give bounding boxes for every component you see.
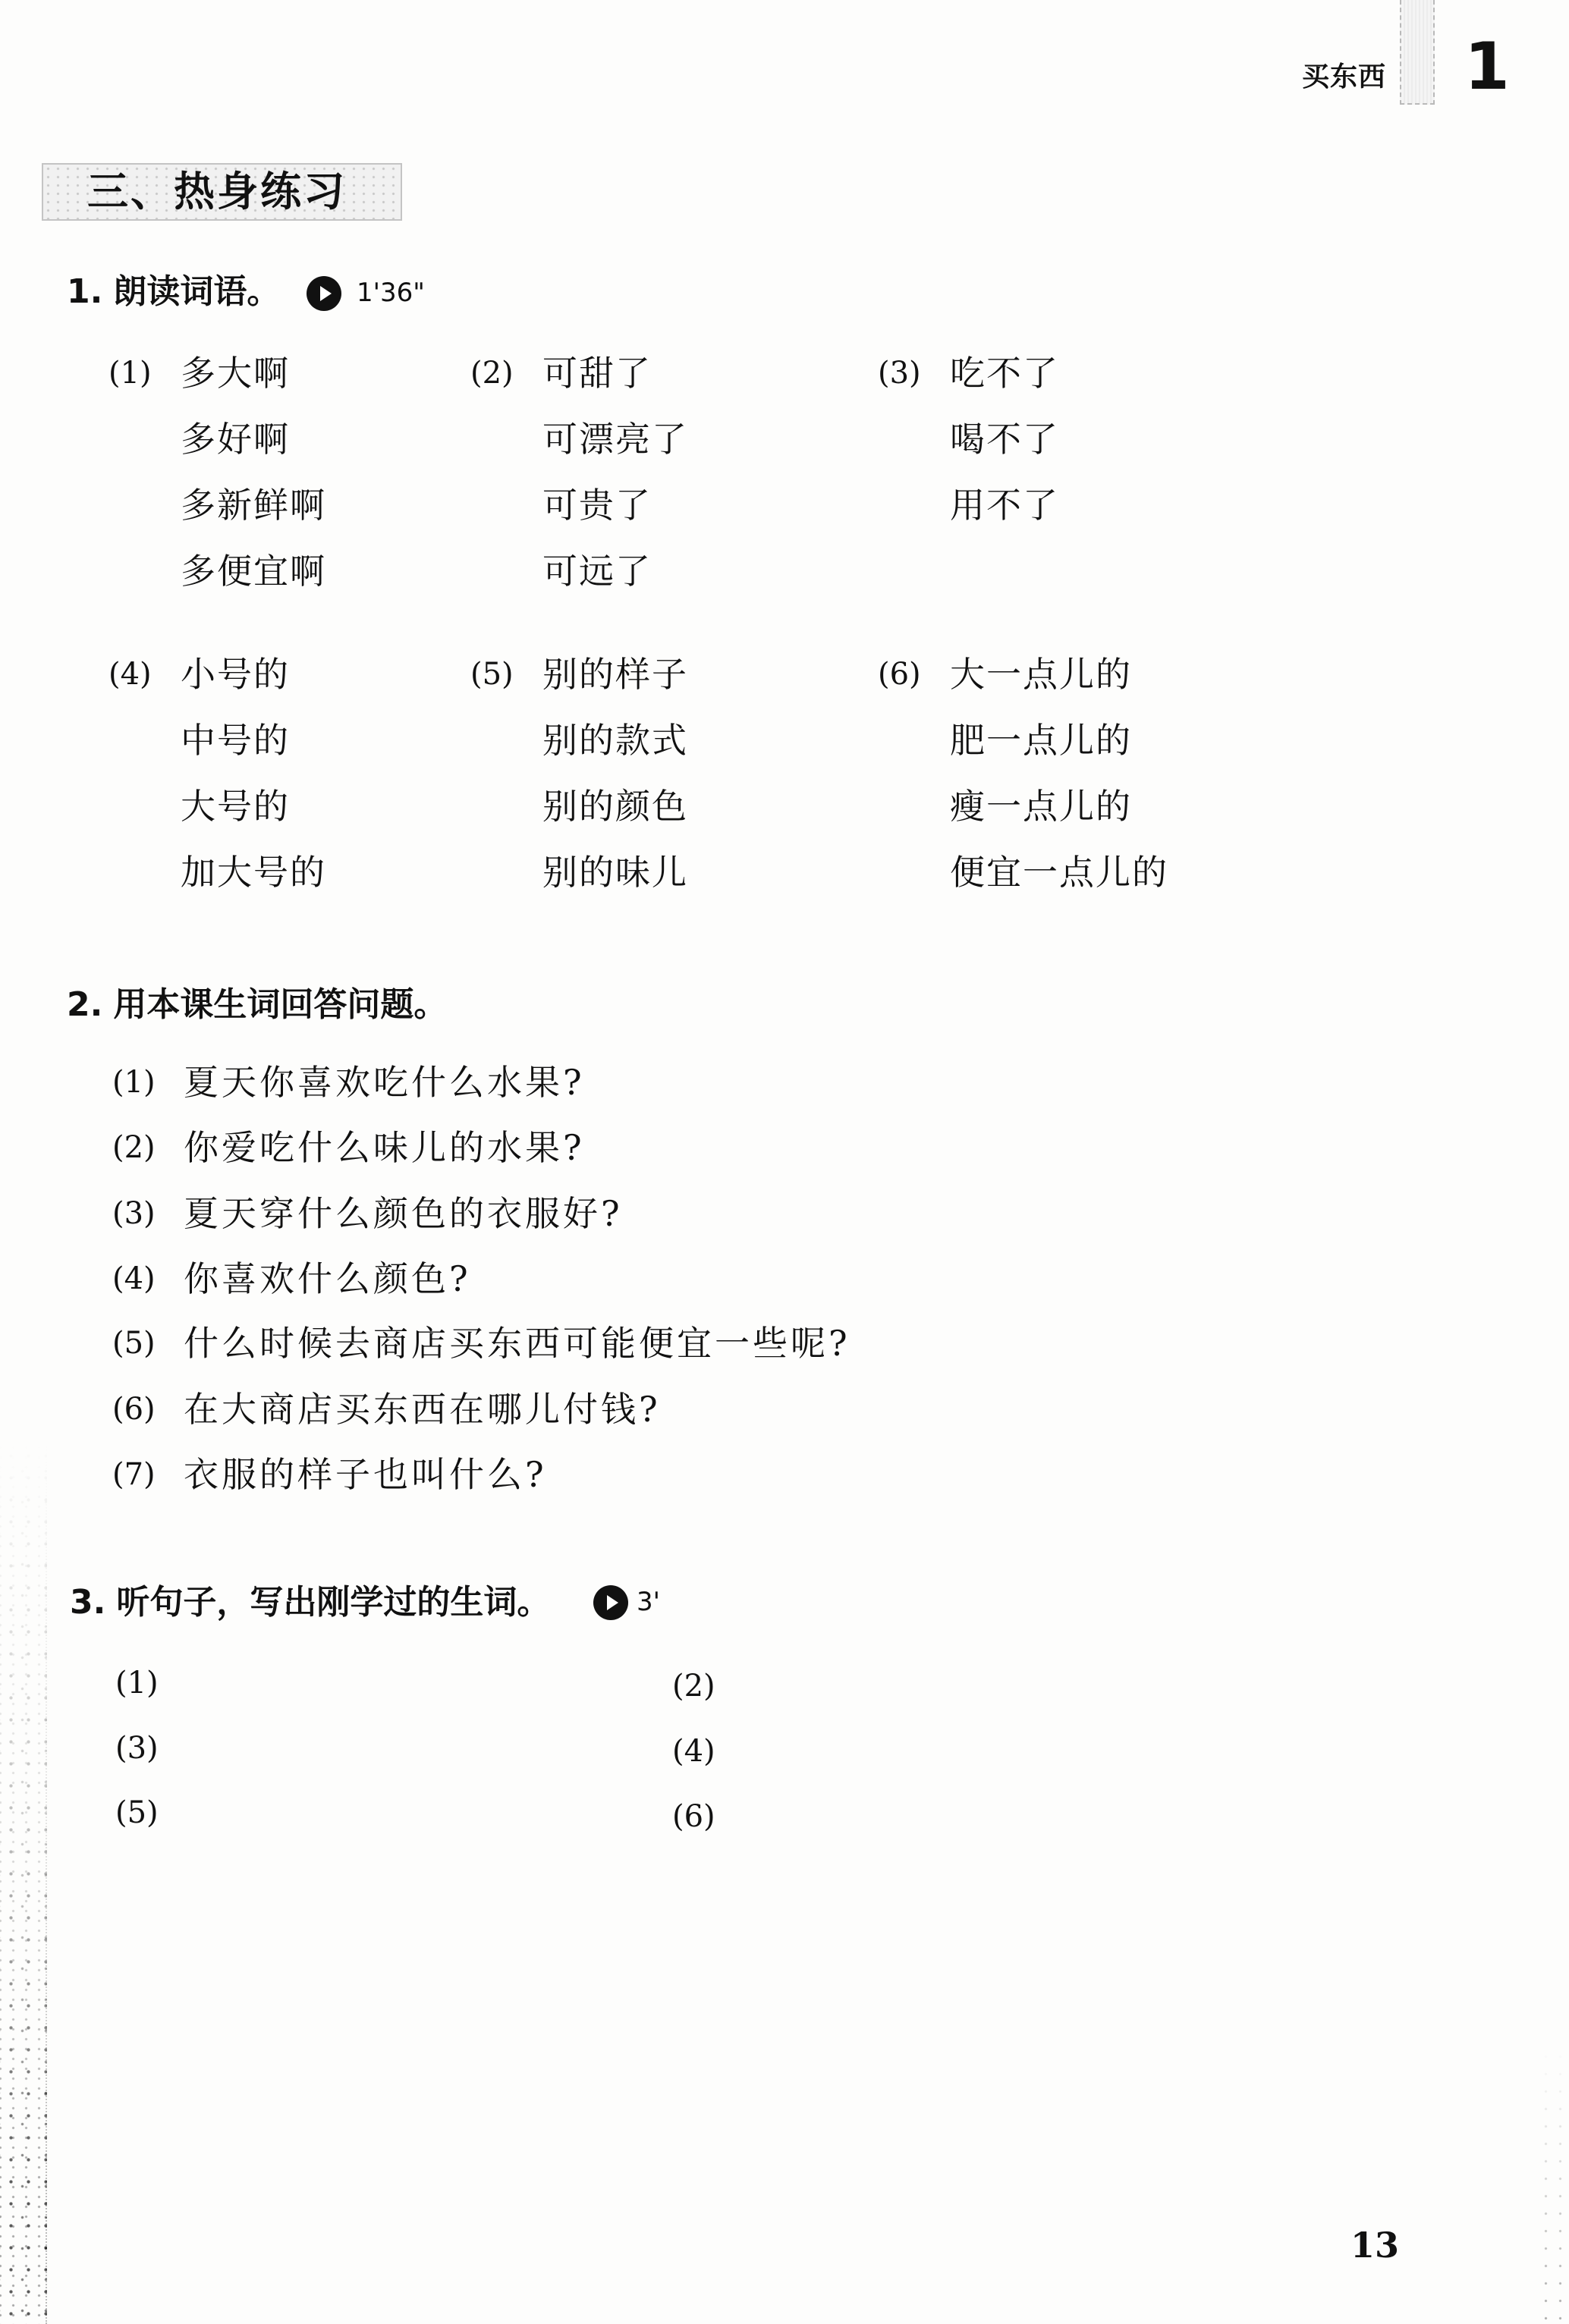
question-label: (7) <box>112 1452 156 1497</box>
lesson-title: 买东西 <box>1302 59 1386 96</box>
question-text: 夏天穿什么颜色的衣服好? <box>184 1191 623 1236</box>
question-row: (7) 衣服的样子也叫什么? <box>112 1452 1174 1497</box>
question-row: (1) 夏天你喜欢吃什么水果? <box>112 1060 1174 1105</box>
exercise-1-number: 1. <box>67 272 102 311</box>
answer-blank-label: (1) <box>115 1660 159 1706</box>
answer-blank-label: (6) <box>672 1794 715 1839</box>
vocab-group-4: (4) 小号的 中号的 大号的 加大号的 <box>108 652 427 917</box>
vocab-word: 加大号的 <box>181 850 326 895</box>
question-label: (3) <box>112 1191 156 1236</box>
lesson-tab-marker <box>1400 0 1435 105</box>
vocab-word: 可漂亮了 <box>542 416 688 462</box>
exercise-2-heading: 2.用本课生词回答问题。 <box>67 982 447 1028</box>
question-text: 什么时候去商店买东西可能便宜一些呢? <box>184 1321 851 1366</box>
vocab-word: 中号的 <box>181 718 290 763</box>
question-label: (5) <box>112 1321 156 1366</box>
question-label: (6) <box>112 1387 156 1432</box>
exercise-2-title: 用本课生词回答问题。 <box>113 985 447 1024</box>
page-number: 13 <box>1350 2222 1399 2268</box>
scan-noise-left-edge <box>0 1441 47 2324</box>
question-row: (4) 你喜欢什么颜色? <box>112 1256 1174 1302</box>
vocab-word: 别的味儿 <box>542 850 688 895</box>
question-text: 夏天你喜欢吃什么水果? <box>184 1060 585 1105</box>
play-icon[interactable] <box>306 275 342 312</box>
vocab-word: 喝不了 <box>950 416 1059 462</box>
vocab-group-5: (5) 别的样子 别的款式 别的颜色 别的味儿 <box>470 652 789 917</box>
question-label: (4) <box>112 1256 156 1302</box>
scan-noise-right-edge <box>1539 2048 1569 2324</box>
question-row: (6) 在大商店买东西在哪儿付钱? <box>112 1387 1174 1432</box>
answer-blank-label: (3) <box>115 1726 159 1771</box>
play-icon[interactable] <box>593 1584 629 1621</box>
audio-duration: 3' <box>637 1584 660 1620</box>
vocab-word: 别的颜色 <box>542 784 688 829</box>
vocab-group-1: (1) 多大啊 多好啊 多新鲜啊 多便宜啊 <box>108 350 427 616</box>
vocab-group-label: (4) <box>108 652 152 697</box>
vocab-word: 便宜一点儿的 <box>950 850 1168 895</box>
question-row: (3) 夏天穿什么颜色的衣服好? <box>112 1191 1174 1236</box>
section-title: 三、热身练习 <box>87 165 347 219</box>
vocab-group-label: (5) <box>470 652 514 697</box>
section-title-band: 三、热身练习 <box>42 163 402 221</box>
vocab-group-6: (6) 大一点儿的 肥一点儿的 瘦一点儿的 便宜一点儿的 <box>878 652 1196 917</box>
vocab-group-2: (2) 可甜了 可漂亮了 可贵了 可远了 <box>470 350 789 616</box>
question-text: 你爱吃什么味儿的水果? <box>184 1125 585 1170</box>
vocab-group-3: (3) 吃不了 喝不了 用不了 <box>878 350 1196 616</box>
vocab-word: 肥一点儿的 <box>950 718 1132 763</box>
exercise-3-heading: 3.听句子，写出刚学过的生词。 <box>70 1580 550 1625</box>
vocab-word: 大号的 <box>181 784 290 829</box>
answer-blank-label: (4) <box>672 1729 715 1774</box>
vocab-group-label: (2) <box>470 350 514 396</box>
vocab-word: 小号的 <box>181 652 290 697</box>
question-text: 你喜欢什么颜色? <box>184 1256 471 1302</box>
vocab-word: 多新鲜啊 <box>181 482 326 528</box>
exercise-2-number: 2. <box>67 985 102 1024</box>
answer-blank-label: (2) <box>672 1663 715 1709</box>
lesson-number: 1 <box>1464 33 1510 101</box>
audio-duration: 1'36" <box>357 275 425 311</box>
vocab-word: 别的款式 <box>542 718 688 763</box>
vocab-word: 别的样子 <box>542 652 688 697</box>
vocab-word: 可贵了 <box>542 482 652 528</box>
question-row: (2) 你爱吃什么味儿的水果? <box>112 1125 1174 1170</box>
exercise-3-number: 3. <box>70 1583 105 1622</box>
question-text: 衣服的样子也叫什么? <box>184 1452 547 1497</box>
vocab-word: 可远了 <box>542 548 652 594</box>
question-label: (1) <box>112 1060 156 1105</box>
exercise-1-heading: 1.朗读词语。 <box>67 269 280 315</box>
vocab-word: 多便宜啊 <box>181 548 326 594</box>
vocab-group-label: (3) <box>878 350 921 396</box>
vocab-word: 大一点儿的 <box>950 652 1132 697</box>
vocab-word: 用不了 <box>950 482 1059 528</box>
vocab-group-label: (6) <box>878 652 921 697</box>
vocab-group-label: (1) <box>108 350 152 396</box>
exercise-1-title: 朗读词语。 <box>113 272 280 311</box>
vocab-word: 多大啊 <box>181 350 290 396</box>
question-row: (5) 什么时候去商店买东西可能便宜一些呢? <box>112 1321 1174 1366</box>
vocab-word: 瘦一点儿的 <box>950 784 1132 829</box>
exercise-3-title: 听句子，写出刚学过的生词。 <box>116 1583 550 1622</box>
question-label: (2) <box>112 1125 156 1170</box>
vocab-word: 吃不了 <box>950 350 1059 396</box>
vocab-word: 可甜了 <box>542 350 652 396</box>
vocab-word: 多好啊 <box>181 416 290 462</box>
answer-blank-label: (5) <box>115 1790 159 1836</box>
question-text: 在大商店买东西在哪儿付钱? <box>184 1387 661 1432</box>
